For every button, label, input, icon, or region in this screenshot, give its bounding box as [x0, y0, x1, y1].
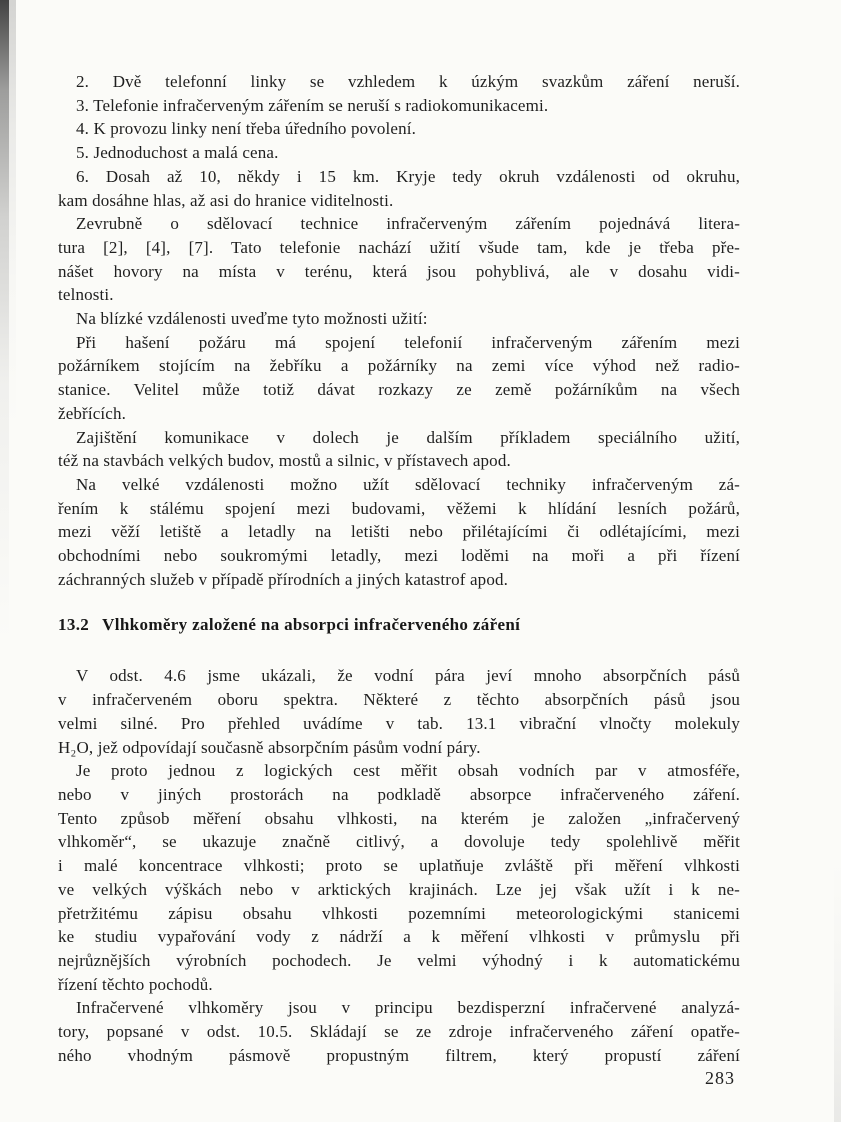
text-line: Na blízké vzdálenosti uveďme tyto možnos… — [58, 307, 740, 331]
text-line: nášet hovory na místa v terénu, která js… — [58, 260, 740, 284]
scan-shadow-left-edge — [0, 0, 9, 640]
text-line: Na velké vzdálenosti možno užít sdělovac… — [58, 473, 740, 497]
text-line: řením k stálému spojení mezi budovami, v… — [58, 497, 740, 521]
section-number: 13.2 — [58, 615, 89, 634]
text-line: stanice. Velitel může totiž dávat rozkaz… — [58, 378, 740, 402]
text-line: H₂O, jež odpovídají současně absorpčním … — [58, 736, 740, 760]
text-line: ke studiu vypařování vody z nádrží a k m… — [58, 925, 740, 949]
scan-shadow-right-edge — [834, 862, 841, 1122]
text-line: Zevrubně o sdělovací technice infračerve… — [58, 212, 740, 236]
text-line: řízení těchto pochodů. — [58, 973, 740, 997]
text-column: 2. Dvě telefonní linky se vzhledem k úzk… — [58, 70, 740, 1067]
text-line: záchranných služeb v případě přírodních … — [58, 568, 740, 592]
text-line: Při hašení požáru má spojení telefonií i… — [58, 331, 740, 355]
text-line: vlhkoměr“, se ukazuje značně citlivý, a … — [58, 830, 740, 854]
text-line: ve velkých výškách nebo v arktických kra… — [58, 878, 740, 902]
text-line: 6. Dosah až 10, někdy i 15 km. Kryje ted… — [58, 165, 740, 189]
text-line: 3. Telefonie infračerveným zářením se ne… — [58, 94, 740, 118]
text-line: tura [2], [4], [7]. Tato telefonie nachá… — [58, 236, 740, 260]
text-line: v infračerveném oboru spektra. Některé z… — [58, 688, 740, 712]
text-line: obchodními nebo soukromými letadly, mezi… — [58, 544, 740, 568]
page-number: 283 — [705, 1068, 735, 1089]
text-line: velmi silné. Pro přehled uvádíme v tab. … — [58, 712, 740, 736]
text-line: 2. Dvě telefonní linky se vzhledem k úzk… — [58, 70, 740, 94]
text-line: nejrůznějších výrobních pochodech. Je ve… — [58, 949, 740, 973]
text-line: 5. Jednoduchost a malá cena. — [58, 141, 740, 165]
text-line: též na stavbách velkých budov, mostů a s… — [58, 449, 740, 473]
text-line: V odst. 4.6 jsme ukázali, že vodní pára … — [58, 664, 740, 688]
text-line: Je proto jednou z logických cest měřit o… — [58, 759, 740, 783]
scan-shadow-left-soft — [9, 0, 16, 430]
text-line: Zajištění komunikace v dolech je dalším … — [58, 426, 740, 450]
text-line: požárníkem stojícím na žebříku a požární… — [58, 354, 740, 378]
section-title: Vlhkoměry založené na absorpci infračerv… — [102, 615, 520, 634]
section-heading: 13.2Vlhkoměry založené na absorpci infra… — [58, 613, 740, 637]
text-line: kam dosáhne hlas, až asi do hranice vidi… — [58, 189, 740, 213]
scanned-book-page: 2. Dvě telefonní linky se vzhledem k úzk… — [0, 0, 841, 1122]
text-line: mezi věží letiště a letadly na letišti n… — [58, 520, 740, 544]
text-line: i malé koncentrace vlhkosti; proto se up… — [58, 854, 740, 878]
text-line: telnosti. — [58, 283, 740, 307]
text-line: tory, popsané v odst. 10.5. Skládají se … — [58, 1020, 740, 1044]
body-text-upper: 2. Dvě telefonní linky se vzhledem k úzk… — [58, 70, 740, 591]
text-line: žebřících. — [58, 402, 740, 426]
text-line: nebo v jiných prostorách na podkladě abs… — [58, 783, 740, 807]
text-line: 4. K provozu linky není třeba úředního p… — [58, 117, 740, 141]
body-text-lower: V odst. 4.6 jsme ukázali, že vodní pára … — [58, 664, 740, 1067]
text-line: Infračervené vlhkoměry jsou v principu b… — [58, 996, 740, 1020]
text-line: přetržitému zápisu obsahu vlhkosti pozem… — [58, 902, 740, 926]
text-line: Tento způsob měření obsahu vlhkosti, na … — [58, 807, 740, 831]
text-line: ného vhodným pásmově propustným filtrem,… — [58, 1044, 740, 1068]
